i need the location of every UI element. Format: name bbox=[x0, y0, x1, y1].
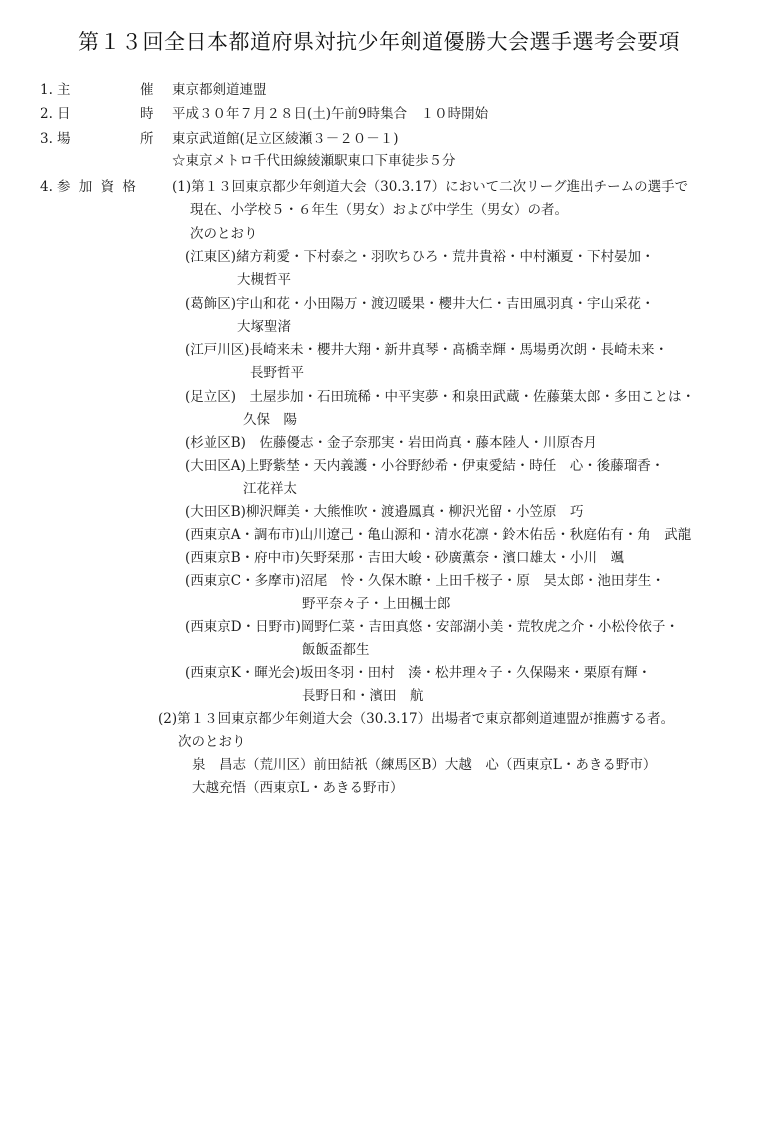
section-label-part: 主 bbox=[57, 81, 71, 99]
recommended-names: 泉 昌志（荒川区）前田結祇（練馬区B）大越 心（西東京L・あきる野市） bbox=[192, 756, 656, 774]
section-number: 2. bbox=[40, 105, 53, 123]
eligibility-item-2-text: (2)第１３回東京都少年剣道大会（30.3.17）出場者で東京都剣道連盟が推薦す… bbox=[158, 710, 674, 728]
group-koto: (江東区)緒方莉愛・下村泰之・羽吹ちひろ・荒井貴裕・中村瀬夏・下村晏加・ bbox=[185, 248, 655, 266]
group-nishitokyo-k: (西東京K・暉光会)坂田冬羽・田村 湊・松井理々子・久保陽来・栗原有輝・ bbox=[185, 664, 651, 682]
group-nishitokyo-c: (西東京C・多摩市)沼尾 怜・久保木瞭・上田千桜子・原 昊太郎・池田芽生・ bbox=[185, 572, 665, 590]
section-value: 東京武道館(足立区綾瀬３－２０－１) bbox=[172, 130, 399, 148]
recommended-names: 大越充悟（西東京L・あきる野市） bbox=[192, 779, 403, 797]
access-note: ☆東京メトロ千代田線綾瀬駅東口下車徒歩５分 bbox=[172, 152, 456, 170]
section-label-part: 場 bbox=[57, 130, 71, 148]
group-koto-cont: 大槻哲平 bbox=[237, 271, 291, 289]
section-value: 平成３０年７月２８日(土)午前9時集合 １０時開始 bbox=[172, 105, 488, 123]
group-nishitokyo-b: (西東京B・府中市)矢野栞那・吉田大峻・砂廣薫奈・濱口雄太・小川 颯 bbox=[185, 549, 624, 567]
as-follows-label: 次のとおり bbox=[190, 225, 258, 243]
eligibility-item-1: (1)第１３回東京都少年剣道大会（30.3.17）において二次リーグ進出チームの… bbox=[172, 178, 688, 196]
document-title: 第１３回全日本都道府県対抗少年剣道優勝大会選手選考会要項 bbox=[78, 26, 680, 56]
group-edogawa: (江戸川区)長崎来未・櫻井大翔・新井真琴・髙橋幸輝・馬場勇次朗・長崎未来・ bbox=[185, 341, 668, 359]
group-suginami-b: (杉並区B) 佐藤優志・金子奈那実・岩田尚真・藤本陸人・川原杏月 bbox=[185, 434, 597, 452]
as-follows-label: 次のとおり bbox=[178, 733, 246, 751]
group-ota-b: (大田区B)柳沢輝美・大熊惟吹・渡邉鳳真・柳沢光留・小笠原 巧 bbox=[185, 503, 583, 521]
eligibility-item-1-cont: 現在、小学校５・６年生（男女）および中学生（男女）の者。 bbox=[190, 201, 568, 219]
group-nishitokyo-k-cont: 長野日和・濱田 航 bbox=[302, 687, 424, 705]
group-katsushika-cont: 大塚聖渚 bbox=[237, 318, 291, 336]
group-nishitokyo-d-cont: 飯飯盃都生 bbox=[302, 641, 370, 659]
section-label: 参 加 資 格 bbox=[57, 178, 138, 196]
group-ota-a: (大田区A)上野紫埜・天内義護・小谷野紗希・伊東愛結・時任 心・後藤瑠香・ bbox=[185, 457, 664, 475]
group-adachi: (足立区) 土屋歩加・石田琉稀・中平実夢・和泉田武蔵・佐藤葉太郎・多田ことは・ bbox=[185, 388, 695, 406]
section-number: 4. bbox=[40, 178, 53, 196]
group-adachi-cont: 久保 陽 bbox=[243, 411, 297, 429]
section-number: 1. bbox=[40, 81, 53, 99]
section-value: 東京都剣道連盟 bbox=[172, 81, 267, 99]
group-edogawa-cont: 長野哲平 bbox=[250, 364, 304, 382]
group-nishitokyo-d: (西東京D・日野市)岡野仁菜・吉田真悠・安部湖小美・荒牧虎之介・小松伶依子・ bbox=[185, 618, 679, 636]
group-nishitokyo-a: (西東京A・調布市)山川遼己・亀山源和・清水花凛・鈴木佑岳・秋庭佑有・角 武龍 bbox=[185, 526, 691, 544]
group-ota-a-cont: 江花祥太 bbox=[243, 480, 297, 498]
section-number: 3. bbox=[40, 130, 53, 148]
section-label-part: 時 bbox=[140, 105, 154, 123]
group-katsushika: (葛飾区)宇山和花・小田陽万・渡辺暖果・櫻井大仁・吉田風羽真・宇山采花・ bbox=[185, 295, 655, 313]
section-label-part: 所 bbox=[140, 130, 154, 148]
section-label-part: 催 bbox=[140, 81, 154, 99]
group-nishitokyo-c-cont: 野平奈々子・上田楓士郎 bbox=[302, 595, 451, 613]
section-label-part: 日 bbox=[57, 105, 71, 123]
